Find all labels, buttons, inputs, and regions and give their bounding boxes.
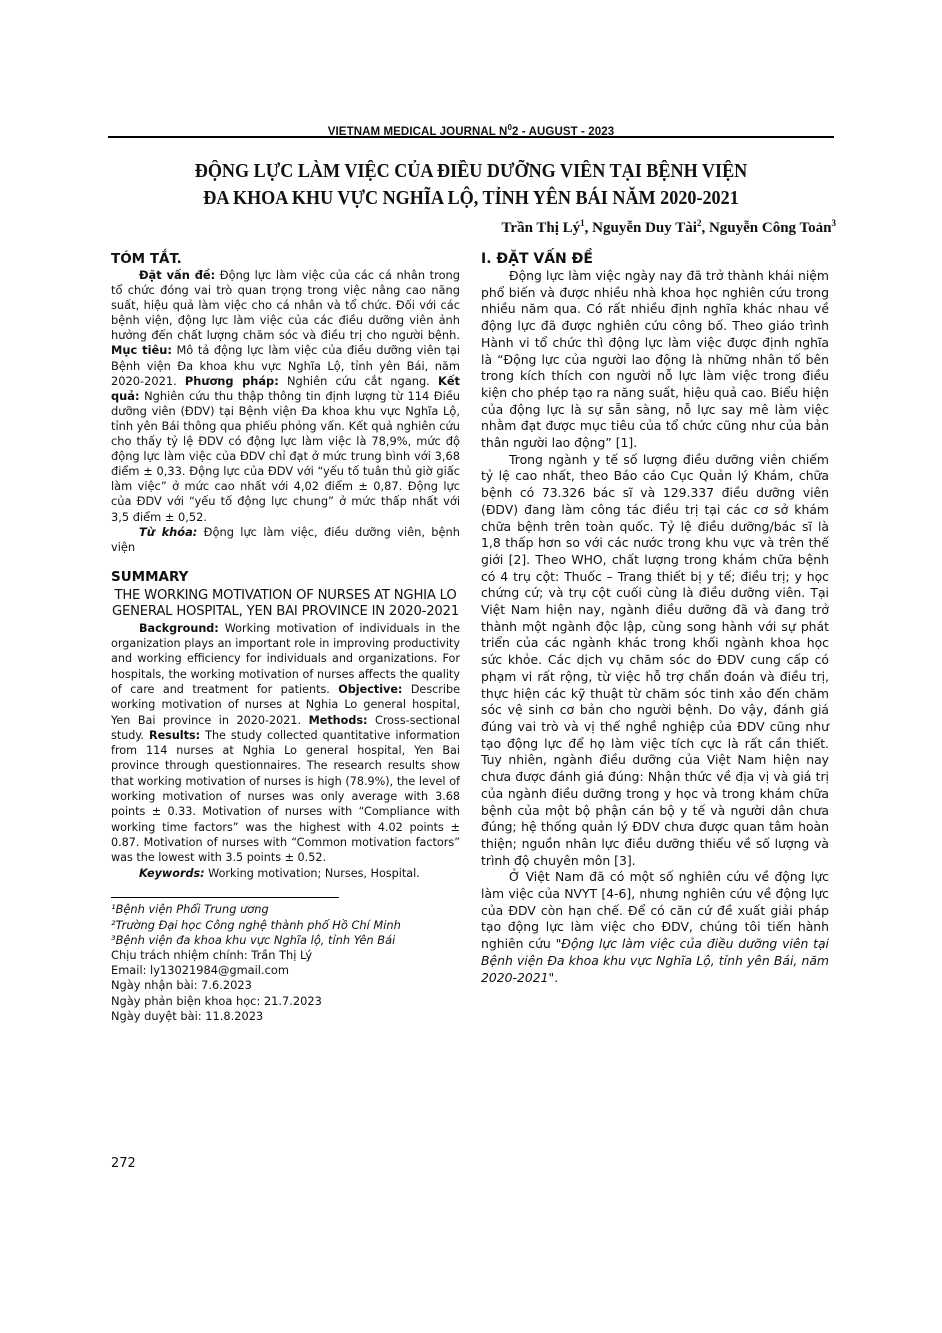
author-name: Nguyễn Duy Tài — [592, 220, 697, 236]
affiliation-2: ²Trường Đại học Công nghệ thành phố Hồ C… — [111, 918, 401, 932]
label-background-en: Background: — [139, 622, 219, 635]
label-results-en: Results: — [149, 729, 200, 742]
affiliation-1: ¹Bệnh viện Phổi Trung ương — [111, 902, 269, 916]
header-rule — [108, 136, 834, 138]
abstract-vi-heading: TÓM TẮT. — [111, 251, 460, 268]
label-keywords: Từ khóa: — [139, 525, 197, 539]
footnote-rule — [111, 897, 339, 899]
corresponding-author: Chịu trách nhiệm chính: Trần Thị Lý — [111, 948, 460, 963]
intro-paragraph-1: Động lực làm việc ngày nay đã trở thành … — [481, 268, 829, 452]
label-objective: Mục tiêu: — [111, 343, 172, 357]
title-line-2: ĐA KHOA KHU VỰC NGHĨA LỘ, TỈNH YÊN BÁI N… — [133, 185, 808, 212]
text-keywords-en: Working motivation; Nurses, Hospital. — [205, 867, 420, 880]
intro-paragraph-2: Trong ngành y tế số lượng điều dưỡng viê… — [481, 452, 829, 870]
author-list: Trần Thị Lý1, Nguyễn Duy Tài2, Nguyễn Cô… — [502, 218, 836, 237]
article-title: ĐỘNG LỰC LÀM VIỆC CỦA ĐIỀU DƯỠNG VIÊN TẠ… — [133, 158, 808, 212]
label-keywords-en: Keywords: — [139, 867, 205, 880]
summary-heading: SUMMARY — [111, 569, 460, 586]
page-number: 272 — [111, 1156, 136, 1171]
right-column: I. ĐẶT VẤN ĐỀ Động lực làm việc ngày nay… — [481, 251, 829, 986]
label-method: Phương pháp: — [185, 374, 279, 388]
summary-keywords: Keywords: Working motivation; Nurses, Ho… — [111, 866, 460, 881]
author-name: Trần Thị Lý — [502, 220, 581, 236]
intro-paragraph-3: Ở Việt Nam đã có một số nghiên cứu về độ… — [481, 869, 829, 986]
date-reviewed: Ngày phản biện khoa học: 21.7.2023 — [111, 994, 460, 1009]
text-method: Nghiên cứu cắt ngang. — [279, 374, 438, 388]
text-results-en: The study collected quantitative informa… — [111, 729, 460, 864]
label-background: Đặt vấn đề: — [139, 268, 215, 282]
text-result: Nghiên cứu thu thập thông tin định lượng… — [111, 389, 460, 524]
date-received: Ngày nhận bài: 7.6.2023 — [111, 978, 460, 993]
author-name: Nguyễn Công Toản — [709, 220, 832, 236]
summary-body: Background: Working motivation of indivi… — [111, 621, 460, 866]
summary-title: THE WORKING MOTIVATION OF NURSES AT NGHI… — [111, 588, 460, 620]
intro-p3-end: . — [554, 970, 558, 985]
email: Email: ly13021984@gmail.com — [111, 963, 460, 978]
affiliation-3: ³Bệnh viện đa khoa khu vực Nghĩa lộ, tỉn… — [111, 933, 395, 947]
author-affiliation-sup: 3 — [832, 218, 837, 228]
intro-heading: I. ĐẶT VẤN ĐỀ — [481, 251, 829, 268]
date-accepted: Ngày duyệt bài: 11.8.2023 — [111, 1009, 460, 1024]
abstract-vi-body: Đặt vấn đề: Động lực làm việc của các cá… — [111, 268, 460, 525]
label-methods-en: Methods: — [309, 714, 368, 727]
title-line-1: ĐỘNG LỰC LÀM VIỆC CỦA ĐIỀU DƯỠNG VIÊN TẠ… — [133, 158, 808, 185]
left-column: TÓM TẮT. Đặt vấn đề: Động lực làm việc c… — [111, 251, 460, 1024]
abstract-vi-keywords: Từ khóa: Động lực làm việc, điều dưỡng v… — [111, 525, 460, 555]
label-objective-en: Objective: — [338, 683, 402, 696]
footnotes: ¹Bệnh viện Phổi Trung ương ²Trường Đại h… — [111, 902, 460, 1024]
author-separator: , — [701, 220, 709, 236]
